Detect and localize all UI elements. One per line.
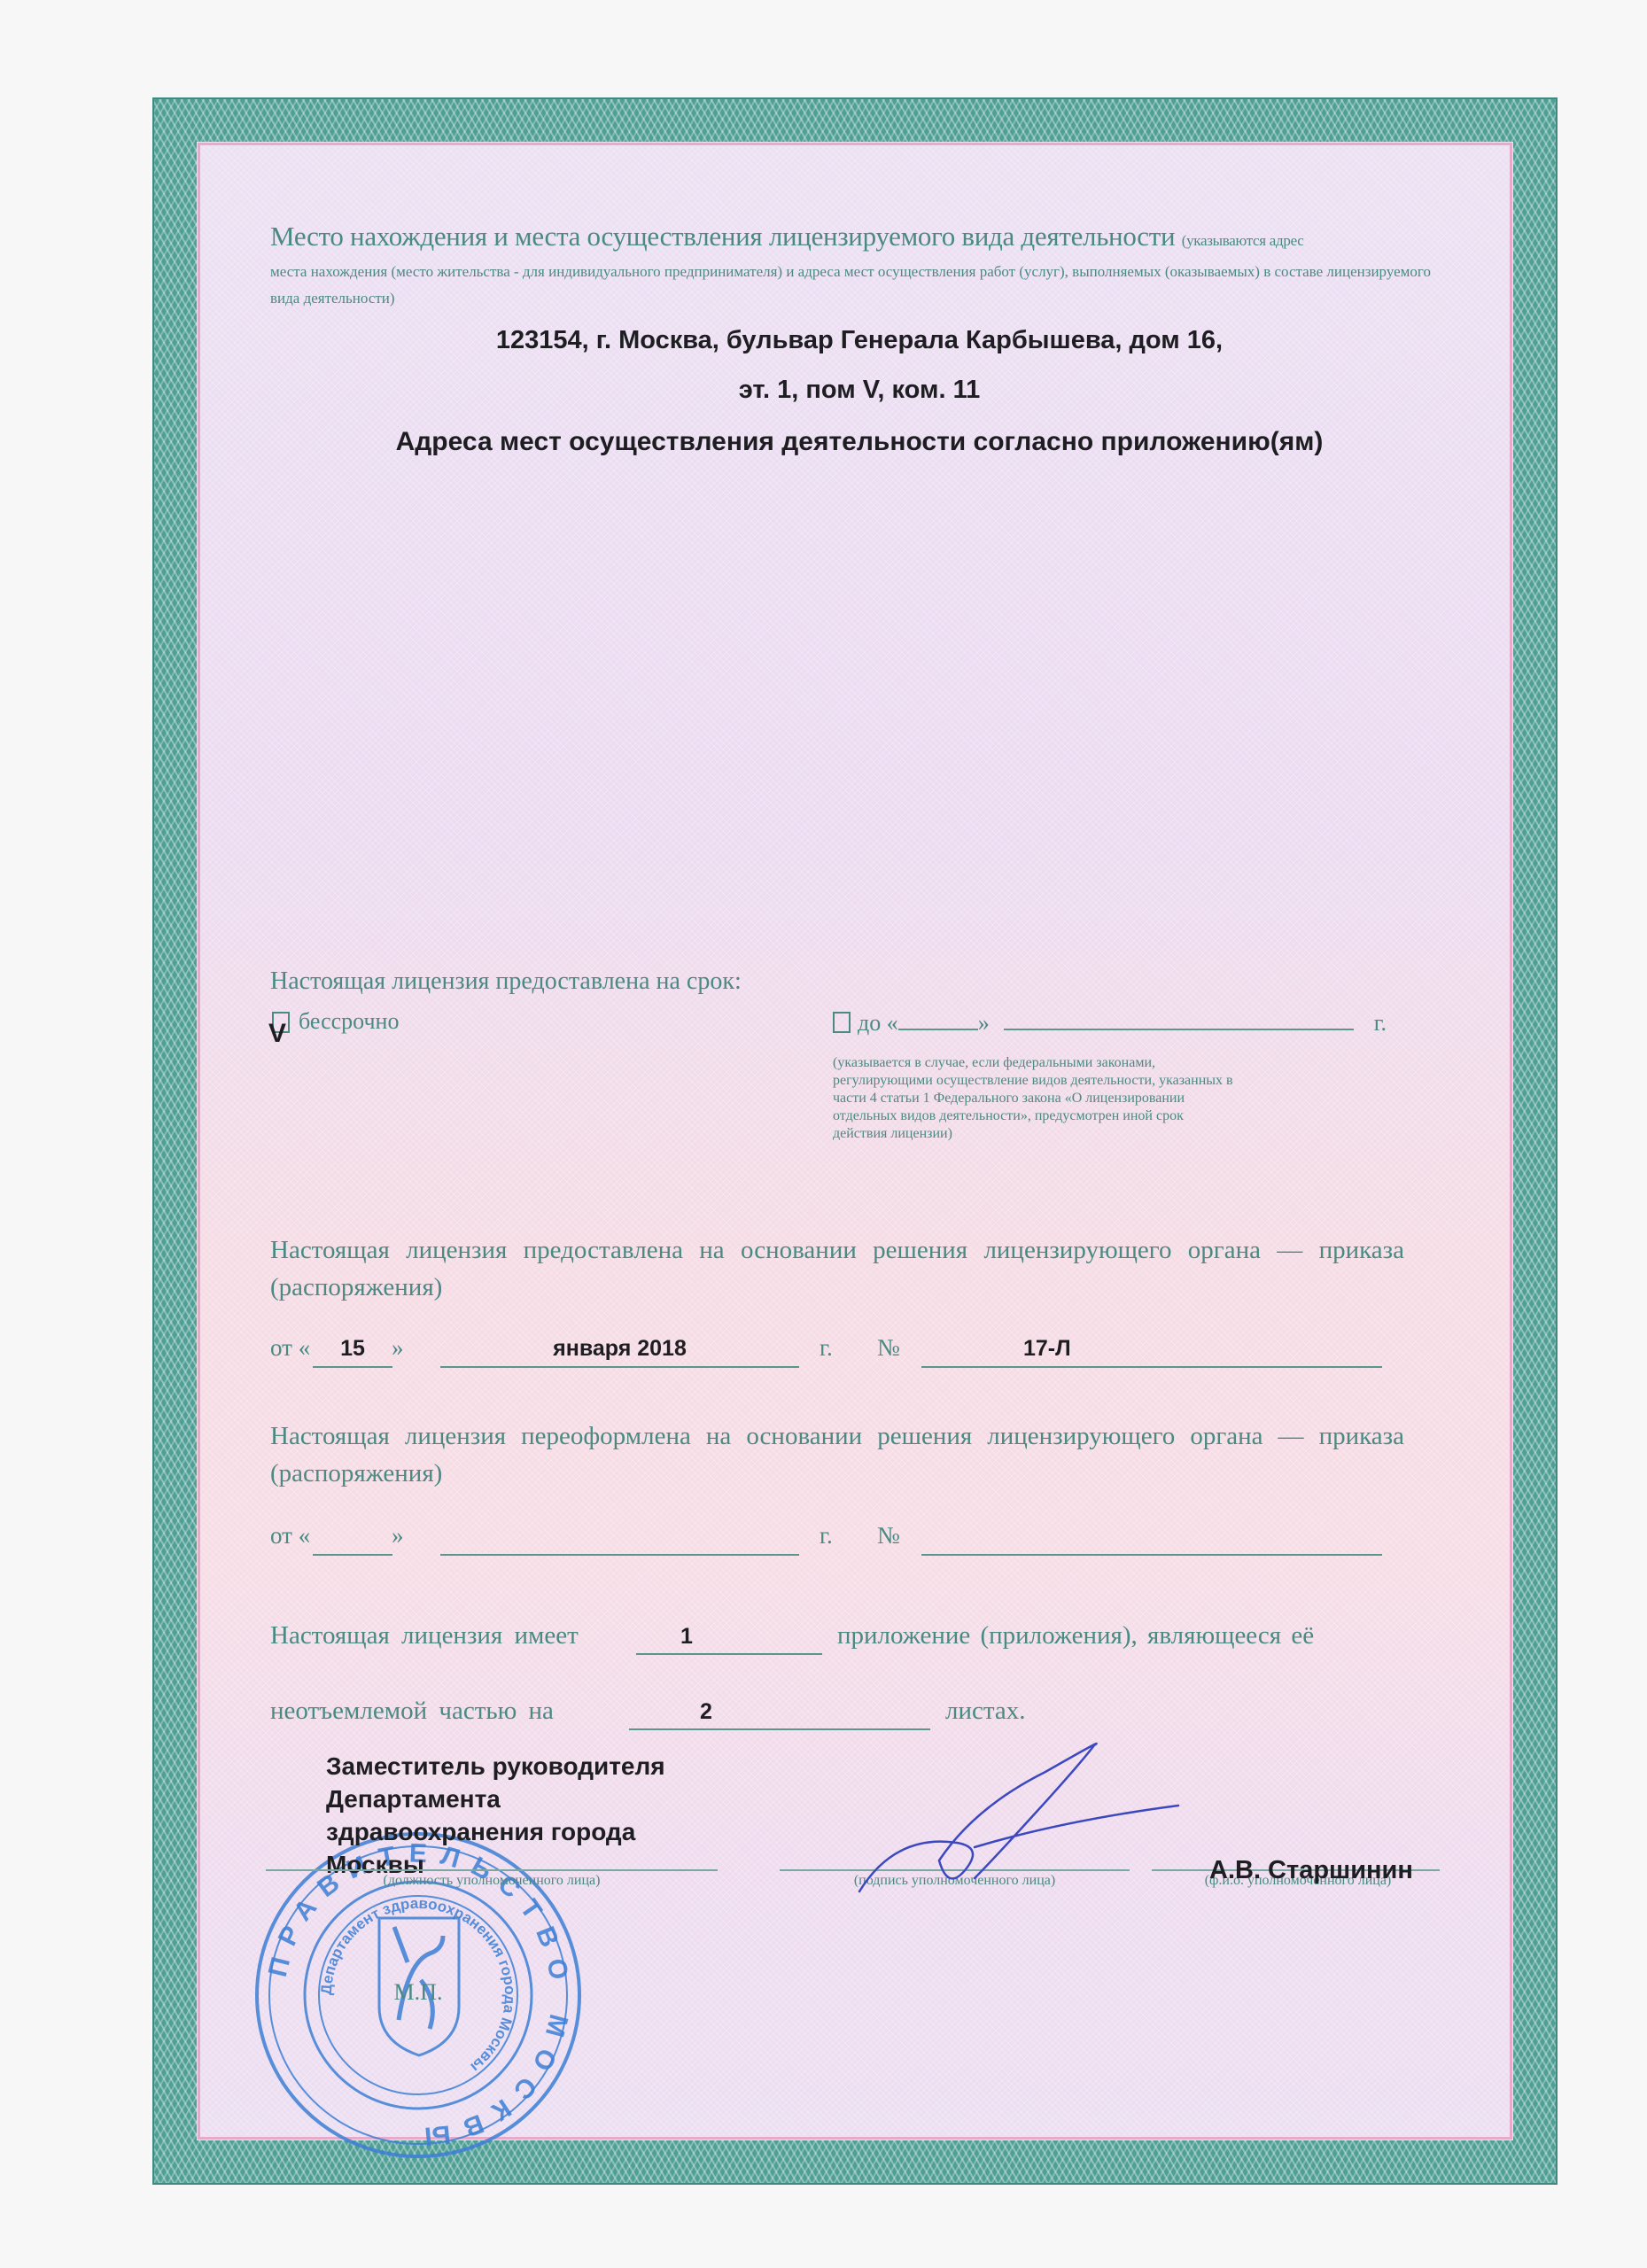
- term-label: Настоящая лицензия предоставлена на срок…: [270, 967, 742, 996]
- position-line: Заместитель руководителя: [326, 1750, 665, 1783]
- appendix-prefix: Настоящая лицензия имеет: [270, 1621, 579, 1651]
- appendix-suffix: приложение (приложения), являющееся её: [837, 1621, 1314, 1651]
- grant-number-label: №: [877, 1334, 900, 1362]
- reissue-basis-text: Настоящая лицензия переоформлена на осно…: [270, 1417, 1404, 1492]
- until-month-year-blank[interactable]: [1004, 1029, 1354, 1030]
- unlimited-label: бессрочно: [299, 1008, 399, 1035]
- grant-basis-text: Настоящая лицензия предоставлена на осно…: [270, 1231, 1404, 1306]
- reissue-quote: »: [392, 1522, 404, 1550]
- sheets-count-field: 2: [629, 1697, 930, 1730]
- until-note: (указывается в случае, если федеральными…: [833, 1054, 1240, 1143]
- address-line-1: 123154, г. Москва, бульвар Генерала Карб…: [266, 326, 1453, 355]
- reissue-from-label: от «: [270, 1522, 310, 1550]
- reissue-number-field[interactable]: [921, 1522, 1382, 1556]
- check-mark-icon: V: [268, 1019, 286, 1049]
- until-prefix: до «: [858, 1010, 898, 1036]
- reissue-month-field[interactable]: [440, 1522, 799, 1556]
- address-line-3: Адреса мест осуществления деятельности с…: [266, 427, 1453, 457]
- grant-number-field: 17-Л: [921, 1334, 1382, 1368]
- signatory-position: Заместитель руководителя Департамента зд…: [326, 1750, 665, 1881]
- location-heading-subnote: места нахождения (место жительства - для…: [270, 259, 1462, 312]
- sheets-suffix: листах.: [945, 1697, 1026, 1726]
- until-quote: »: [978, 1010, 990, 1036]
- until-year-suffix: г.: [1374, 1010, 1387, 1036]
- until-date-field: до «» г.: [858, 1010, 1387, 1037]
- appendix-sheets-line: неотъемлемой частью на 2 листах.: [270, 1697, 1068, 1736]
- grant-from-label: от «: [270, 1334, 310, 1362]
- until-day-blank[interactable]: [898, 1029, 978, 1030]
- sheets-prefix: неотъемлемой частью на: [270, 1697, 554, 1726]
- reissue-date-row: от « » г. №: [270, 1522, 1422, 1557]
- appendix-count-line: Настоящая лицензия имеет 1 приложение (п…: [270, 1621, 1422, 1660]
- location-heading: Место нахождения и места осуществления л…: [270, 221, 1462, 255]
- location-heading-note: (указываются адрес: [1182, 232, 1304, 249]
- position-line: Департамента: [326, 1783, 665, 1815]
- until-checkbox[interactable]: [833, 1012, 851, 1033]
- grant-year-suffix: г.: [820, 1334, 833, 1362]
- signatory-name: А.В. Старшинин: [1209, 1856, 1413, 1885]
- position-rule: [266, 1869, 718, 1871]
- position-caption: (должность уполномоченного лица): [266, 1873, 718, 1889]
- grant-date-row: от « 15 » января 2018 г. № 17-Л: [270, 1334, 1422, 1370]
- handwritten-signature: [842, 1736, 1214, 1896]
- position-line: здравоохранения города: [326, 1815, 665, 1848]
- address-line-2: эт. 1, пом V, ком. 11: [266, 376, 1453, 405]
- grant-month-field: января 2018: [440, 1334, 799, 1368]
- svg-text:М.П.: М.П.: [394, 1979, 443, 2005]
- location-heading-text: Место нахождения и места осуществления л…: [270, 221, 1175, 252]
- appendix-count-field: 1: [636, 1621, 822, 1655]
- reissue-day-field[interactable]: [313, 1522, 392, 1556]
- reissue-year-suffix: г.: [820, 1522, 833, 1550]
- grant-day-field: 15: [313, 1334, 392, 1368]
- reissue-number-label: №: [877, 1522, 900, 1550]
- grant-quote: »: [392, 1334, 404, 1362]
